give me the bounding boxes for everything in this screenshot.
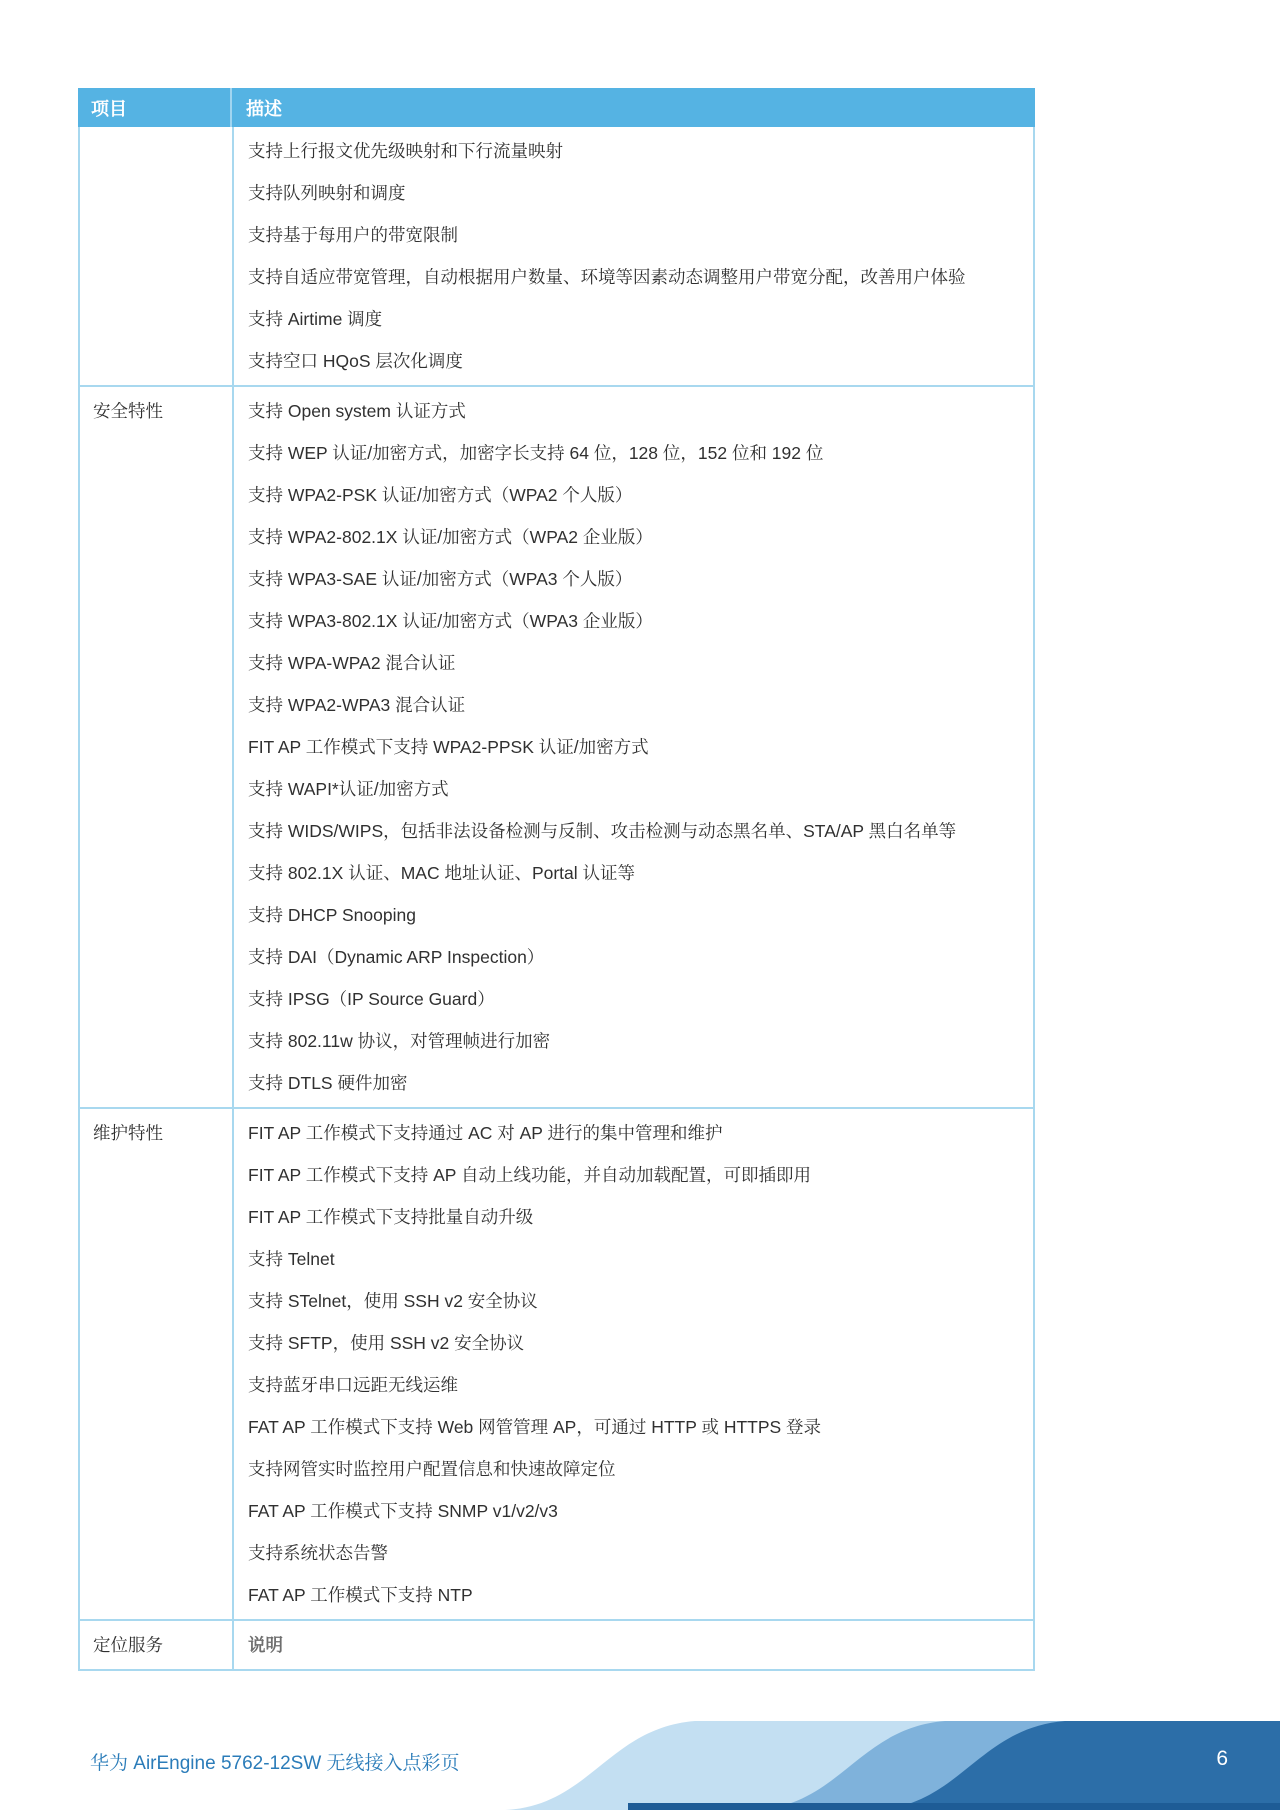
feature-line: 支持基于每用户的带宽限制	[248, 214, 1023, 256]
feature-line: 支持 802.11w 协议，对管理帧进行加密	[248, 1020, 1023, 1062]
feature-line: 说明	[248, 1624, 1023, 1666]
feature-line: 支持 SFTP，使用 SSH v2 安全协议	[248, 1322, 1023, 1364]
page-number: 6	[1216, 1747, 1228, 1771]
feature-line: FIT AP 工作模式下支持通过 AC 对 AP 进行的集中管理和维护	[248, 1112, 1023, 1154]
wave-bottom-strip	[628, 1803, 1280, 1810]
feature-line: 支持 WPA2-WPA3 混合认证	[248, 684, 1023, 726]
feature-line: 支持上行报文优先级映射和下行流量映射	[248, 130, 1023, 172]
table-body: 支持上行报文优先级映射和下行流量映射支持队列映射和调度支持基于每用户的带宽限制支…	[80, 127, 1033, 1669]
feature-line: 支持 WPA2-802.1X 认证/加密方式（WPA2 企业版）	[248, 516, 1023, 558]
description-cell: FIT AP 工作模式下支持通过 AC 对 AP 进行的集中管理和维护FIT A…	[232, 1109, 1033, 1619]
feature-line: 支持网管实时监控用户配置信息和快速故障定位	[248, 1448, 1023, 1490]
item-cell: 安全特性	[80, 387, 232, 1107]
feature-line: 支持 WPA3-SAE 认证/加密方式（WPA3 个人版）	[248, 558, 1023, 600]
feature-line: 支持 WEP 认证/加密方式，加密字长支持 64 位，128 位，152 位和 …	[248, 432, 1023, 474]
description-cell: 支持 Open system 认证方式支持 WEP 认证/加密方式，加密字长支持…	[232, 387, 1033, 1107]
column-header-description: 描述	[230, 88, 1035, 127]
feature-line: 支持 DTLS 硬件加密	[248, 1062, 1023, 1104]
feature-line: 支持系统状态告警	[248, 1532, 1023, 1574]
feature-line: 支持蓝牙串口远距无线运维	[248, 1364, 1023, 1406]
item-cell	[80, 127, 232, 385]
spec-table: 项目 描述 支持上行报文优先级映射和下行流量映射支持队列映射和调度支持基于每用户…	[78, 88, 1035, 1671]
item-cell: 维护特性	[80, 1109, 232, 1619]
description-cell: 支持上行报文优先级映射和下行流量映射支持队列映射和调度支持基于每用户的带宽限制支…	[232, 127, 1033, 385]
feature-line: 支持 STelnet，使用 SSH v2 安全协议	[248, 1280, 1023, 1322]
feature-line: 支持 WIDS/WIPS，包括非法设备检测与反制、攻击检测与动态黑名单、STA/…	[248, 810, 1023, 852]
feature-line: 支持 802.1X 认证、MAC 地址认证、Portal 认证等	[248, 852, 1023, 894]
feature-line: 支持 DAI（Dynamic ARP Inspection）	[248, 936, 1023, 978]
item-cell: 定位服务	[80, 1621, 232, 1669]
table-header-row: 项目 描述	[78, 88, 1035, 127]
feature-line: 支持 WAPI*认证/加密方式	[248, 768, 1023, 810]
feature-line: 支持自适应带宽管理，自动根据用户数量、环境等因素动态调整用户带宽分配，改善用户体…	[248, 256, 1023, 298]
footer-doc-title: 华为 AirEngine 5762-12SW 无线接入点彩页	[90, 1748, 460, 1775]
table-row: 安全特性支持 Open system 认证方式支持 WEP 认证/加密方式，加密…	[80, 385, 1033, 1107]
feature-line: FAT AP 工作模式下支持 Web 网管管理 AP，可通过 HTTP 或 HT…	[248, 1406, 1023, 1448]
feature-line: 支持 DHCP Snooping	[248, 894, 1023, 936]
feature-line: 支持 Airtime 调度	[248, 298, 1023, 340]
feature-line: FIT AP 工作模式下支持批量自动升级	[248, 1196, 1023, 1238]
feature-line: FIT AP 工作模式下支持 WPA2-PPSK 认证/加密方式	[248, 726, 1023, 768]
feature-line: FIT AP 工作模式下支持 AP 自动上线功能，并自动加载配置，可即插即用	[248, 1154, 1023, 1196]
feature-line: 支持空口 HQoS 层次化调度	[248, 340, 1023, 382]
table-row: 定位服务说明	[80, 1619, 1033, 1669]
table-row: 支持上行报文优先级映射和下行流量映射支持队列映射和调度支持基于每用户的带宽限制支…	[80, 127, 1033, 385]
feature-line: FAT AP 工作模式下支持 NTP	[248, 1574, 1023, 1616]
feature-line: 支持 WPA-WPA2 混合认证	[248, 642, 1023, 684]
feature-line: 支持队列映射和调度	[248, 172, 1023, 214]
feature-line: 支持 WPA3-802.1X 认证/加密方式（WPA3 企业版）	[248, 600, 1023, 642]
column-header-item: 项目	[78, 88, 230, 127]
feature-line: 支持 Open system 认证方式	[248, 390, 1023, 432]
feature-line: 支持 WPA2-PSK 认证/加密方式（WPA2 个人版）	[248, 474, 1023, 516]
feature-line: FAT AP 工作模式下支持 SNMP v1/v2/v3	[248, 1490, 1023, 1532]
datasheet-page: 项目 描述 支持上行报文优先级映射和下行流量映射支持队列映射和调度支持基于每用户…	[0, 0, 1280, 1810]
table-row: 维护特性FIT AP 工作模式下支持通过 AC 对 AP 进行的集中管理和维护F…	[80, 1107, 1033, 1619]
description-cell: 说明	[232, 1621, 1033, 1669]
feature-line: 支持 IPSG（IP Source Guard）	[248, 978, 1023, 1020]
feature-line: 支持 Telnet	[248, 1238, 1023, 1280]
